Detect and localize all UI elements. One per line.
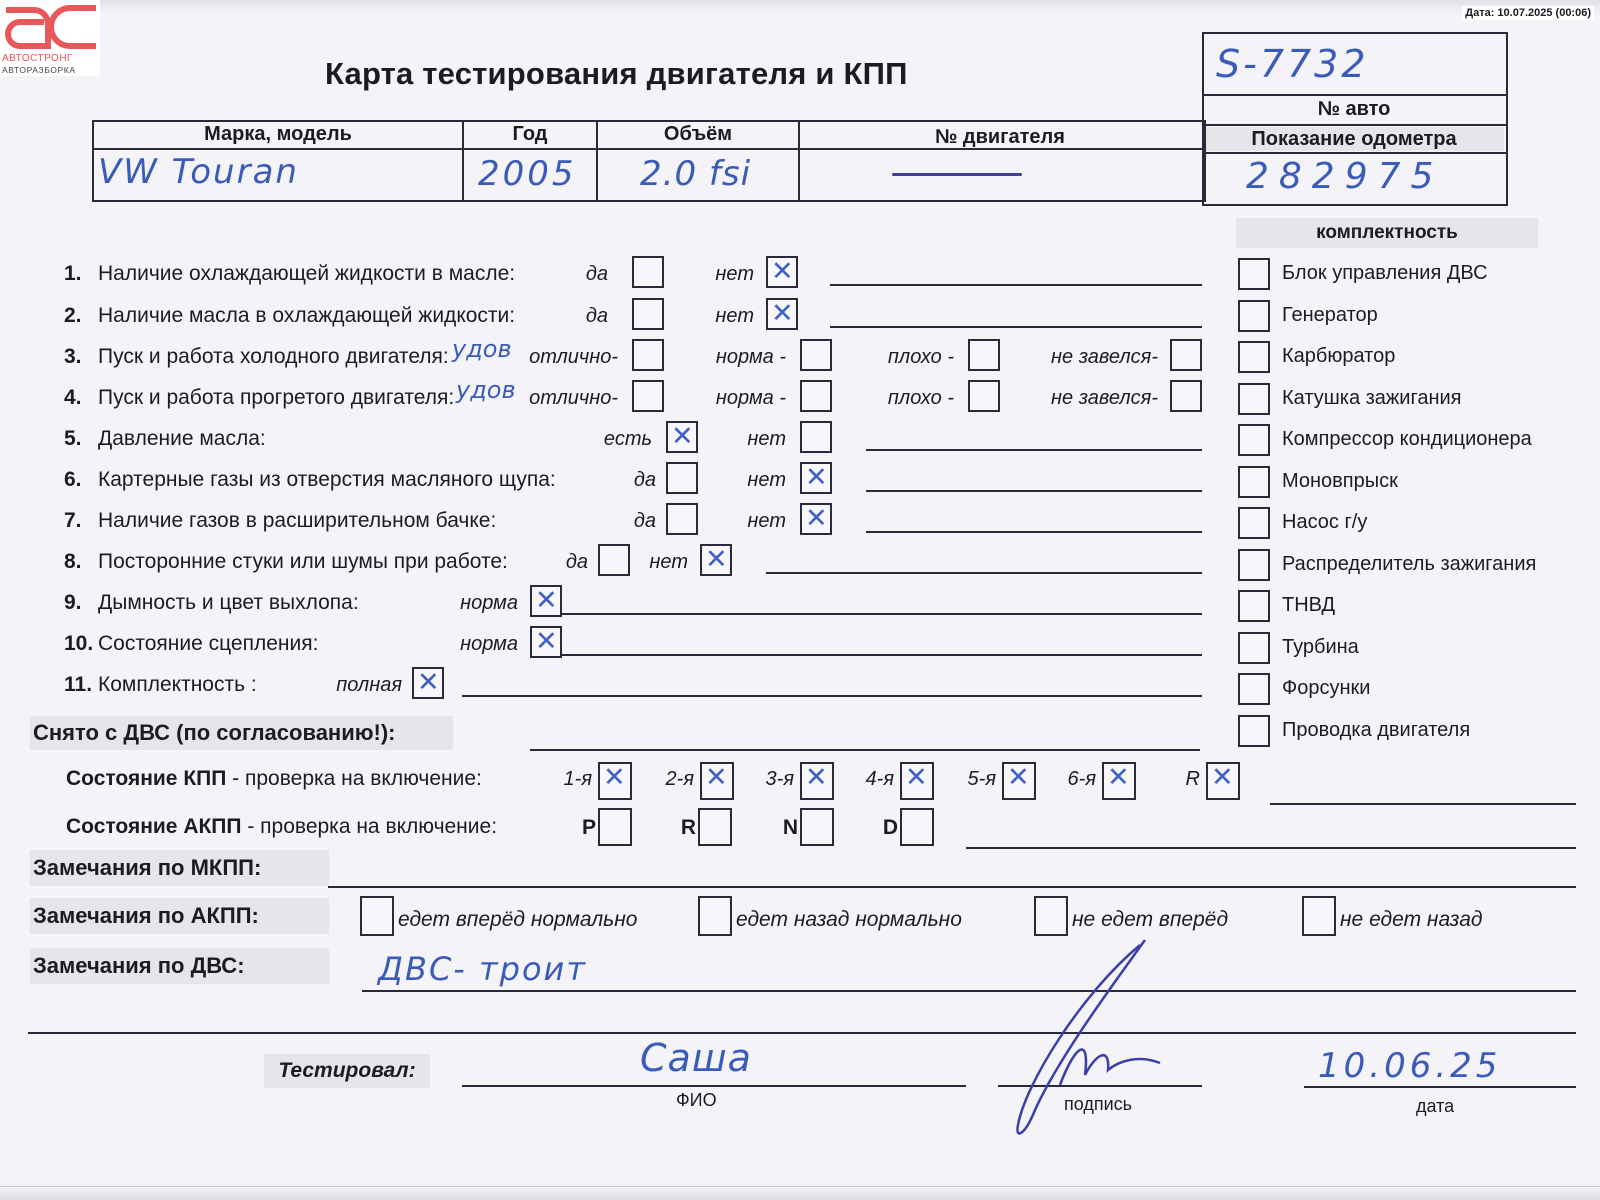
check-number: 3. — [64, 345, 82, 369]
check-option-box[interactable] — [530, 585, 562, 617]
check-option-box[interactable] — [632, 256, 664, 288]
remarks-engine-field-2[interactable] — [28, 1032, 1576, 1034]
remarks-engine-field[interactable] — [362, 990, 1576, 992]
check-option-box[interactable] — [1170, 339, 1202, 371]
check-option-label: нет — [715, 305, 754, 328]
check-number: 1. — [64, 262, 82, 286]
completeness-item-label: Распределитель зажигания — [1282, 553, 1536, 576]
check-notes-field[interactable] — [462, 695, 1202, 697]
check-option-box[interactable] — [1170, 380, 1202, 412]
check-notes-field[interactable] — [866, 531, 1202, 533]
check-label: Наличие охлаждающей жидкости в масле: — [98, 262, 515, 286]
check-label: Наличие газов в расширительном бачке: — [98, 509, 496, 533]
completeness-item-label: Генератор — [1282, 304, 1378, 327]
gear-checkbox[interactable] — [1206, 762, 1240, 800]
check-option-label: норма — [460, 592, 518, 615]
scan-date-stamp: Дата: 10.07.2025 (00:06) — [1462, 6, 1594, 20]
akpp-remark-label: едет вперёд нормально — [398, 908, 637, 932]
completeness-checkbox[interactable] — [1238, 673, 1270, 705]
completeness-checkbox[interactable] — [1238, 507, 1270, 539]
completeness-item-label: Турбина — [1282, 636, 1359, 659]
check-option-label: отлично- — [529, 346, 618, 369]
check-number: 2. — [64, 304, 82, 328]
check-number: 11. — [64, 673, 92, 697]
check-option-box[interactable] — [412, 667, 444, 699]
check-notes-field[interactable] — [562, 654, 1202, 656]
check-option-label: плохо - — [888, 346, 954, 369]
auto-mode-label: R — [681, 816, 696, 840]
gear-label: 3-я — [766, 768, 794, 791]
completeness-checkbox[interactable] — [1238, 590, 1270, 622]
col-engine-number: № двигателя — [800, 126, 1200, 149]
col-year: Год — [464, 123, 596, 146]
completeness-item-label: Проводка двигателя — [1282, 719, 1470, 742]
removed-from-engine-field[interactable] — [530, 749, 1200, 751]
brand-name: АВТОСТРОНГ — [2, 53, 73, 64]
manual-gearbox-notes-field[interactable] — [1270, 803, 1576, 805]
make-model-value[interactable]: VW Touran — [98, 152, 299, 192]
completeness-item-label: Катушка зажигания — [1282, 387, 1462, 410]
remarks-engine-value[interactable]: ДВС- троит — [378, 950, 587, 988]
remarks-manual-field[interactable] — [328, 886, 1576, 888]
check-handwritten-note: удов — [452, 335, 512, 363]
gear-label: 2-я — [666, 768, 694, 791]
check-option-label: нет — [649, 551, 688, 574]
completeness-checkbox[interactable] — [1238, 258, 1270, 290]
check-label: Комплектность : — [98, 673, 257, 697]
paper-edge — [0, 0, 1600, 14]
tester-name-value[interactable]: Саша — [640, 1036, 752, 1080]
auto-mode-checkbox[interactable] — [598, 808, 632, 846]
year-value[interactable]: 2005 — [478, 154, 577, 194]
check-label: Дымность и цвет выхлопа: — [98, 591, 359, 615]
check-notes-field[interactable] — [830, 326, 1202, 328]
completeness-item-label: Насос г/у — [1282, 511, 1367, 534]
check-option-box[interactable] — [800, 503, 832, 535]
check-notes-field[interactable] — [562, 613, 1202, 615]
check-label: Картерные газы из отверстия масляного щу… — [98, 468, 556, 492]
completeness-item-label: Блок управления ДВС — [1282, 262, 1488, 285]
gear-label: 4-я — [866, 768, 894, 791]
check-number: 10. — [64, 632, 93, 656]
completeness-checkbox[interactable] — [1238, 549, 1270, 581]
check-option-label: нет — [747, 469, 786, 492]
akpp-remark-label: не едет вперёд — [1072, 908, 1228, 932]
check-label: Посторонние стуки или шумы при работе: — [98, 550, 508, 574]
check-option-label: не завелся- — [1051, 346, 1158, 369]
check-label: Состояние сцепления: — [98, 632, 318, 656]
gear-checkbox[interactable] — [900, 762, 934, 800]
auto-mode-checkbox[interactable] — [800, 808, 834, 846]
check-option-box[interactable] — [700, 544, 732, 576]
completeness-item-label: Карбюратор — [1282, 345, 1395, 368]
car-number-label: № авто — [1204, 98, 1504, 121]
check-option-box[interactable] — [666, 421, 698, 453]
check-label: Наличие масла в охлаждающей жидкости: — [98, 304, 515, 328]
remarks-engine-label: Замечания по ДВС: — [30, 948, 329, 984]
col-volume: Объём — [598, 123, 798, 146]
check-option-label: да — [634, 469, 656, 492]
gear-checkbox[interactable] — [1002, 762, 1036, 800]
check-option-label: норма - — [716, 387, 786, 410]
check-option-box[interactable] — [800, 421, 832, 453]
akpp-remark-label: не едет назад — [1340, 908, 1482, 932]
check-option-box[interactable] — [800, 380, 832, 412]
akpp-remark-checkbox[interactable] — [698, 896, 732, 936]
completeness-checkbox[interactable] — [1238, 632, 1270, 664]
tester-name-caption: ФИО — [676, 1090, 717, 1111]
auto-mode-checkbox[interactable] — [698, 808, 732, 846]
check-option-label: отлично- — [529, 387, 618, 410]
check-option-label: полная — [336, 674, 402, 697]
check-option-box[interactable] — [800, 339, 832, 371]
ac-logo-icon — [0, 0, 100, 52]
engine-number-value-dash[interactable] — [892, 173, 1022, 176]
check-option-box[interactable] — [766, 298, 798, 330]
check-option-label: нет — [715, 263, 754, 286]
check-option-label: есть — [604, 428, 652, 451]
akpp-remark-label: едет назад нормально — [736, 908, 962, 932]
check-number: 7. — [64, 509, 82, 533]
completeness-checkbox[interactable] — [1238, 383, 1270, 415]
gear-checkbox[interactable] — [598, 762, 632, 800]
check-notes-field[interactable] — [866, 449, 1202, 451]
akpp-remark-checkbox[interactable] — [1302, 896, 1336, 936]
signature-caption: подпись — [1064, 1094, 1132, 1115]
auto-mode-label: D — [883, 816, 898, 840]
completeness-checkbox[interactable] — [1238, 341, 1270, 373]
removed-from-engine-label: Снято с ДВС (по согласованию!): — [30, 716, 453, 750]
check-option-label: норма - — [716, 346, 786, 369]
check-option-box[interactable] — [968, 380, 1000, 412]
paper-edge — [0, 1186, 1600, 1200]
completeness-item-label: Форсунки — [1282, 677, 1370, 700]
check-option-box[interactable] — [766, 256, 798, 288]
completeness-item-label: Компрессор кондиционера — [1282, 428, 1532, 451]
check-option-box[interactable] — [968, 339, 1000, 371]
check-number: 9. — [64, 591, 82, 615]
auto-mode-label: N — [783, 816, 798, 840]
check-option-box[interactable] — [530, 626, 562, 658]
check-handwritten-note: удов — [456, 376, 516, 404]
check-option-box[interactable] — [666, 503, 698, 535]
test-date-field[interactable] — [1304, 1086, 1576, 1088]
test-date-caption: дата — [1416, 1096, 1454, 1117]
check-option-box[interactable] — [632, 298, 664, 330]
check-label: Пуск и работа холодного двигателя: — [98, 345, 449, 369]
check-number: 5. — [64, 427, 82, 451]
check-number: 4. — [64, 386, 82, 410]
check-option-label: да — [634, 510, 656, 533]
volume-value[interactable]: 2.0 fsi — [640, 154, 751, 194]
check-option-label: нет — [747, 510, 786, 533]
completeness-checkbox[interactable] — [1238, 300, 1270, 332]
check-option-label: да — [566, 551, 588, 574]
check-notes-field[interactable] — [866, 490, 1202, 492]
check-label: Давление масла: — [98, 427, 266, 451]
check-option-box[interactable] — [632, 339, 664, 371]
gear-checkbox[interactable] — [700, 762, 734, 800]
test-date-value[interactable]: 10.06.25 — [1318, 1046, 1501, 1086]
check-option-box[interactable] — [632, 380, 664, 412]
check-notes-field[interactable] — [830, 284, 1202, 286]
gear-label: 5-я — [968, 768, 996, 791]
auto-gearbox-notes-field[interactable] — [966, 847, 1576, 849]
gear-checkbox[interactable] — [800, 762, 834, 800]
check-option-label: нет — [747, 428, 786, 451]
tester-name-field[interactable] — [462, 1085, 966, 1087]
check-option-label: плохо - — [888, 387, 954, 410]
check-number: 8. — [64, 550, 82, 574]
gear-checkbox[interactable] — [1102, 762, 1136, 800]
car-number-value[interactable]: S-7732 — [1216, 42, 1369, 86]
odometer-label: Показание одометра — [1204, 127, 1504, 151]
form-title: Карта тестирования двигателя и КПП — [325, 56, 908, 92]
auto-gearbox-label: Состояние АКПП - проверка на включение: — [66, 815, 497, 839]
gear-label: 6-я — [1068, 768, 1096, 791]
akpp-remark-checkbox[interactable] — [1034, 896, 1068, 936]
completeness-title: комплектность — [1236, 218, 1538, 248]
completeness-checkbox[interactable] — [1238, 424, 1270, 456]
completeness-checkbox[interactable] — [1238, 715, 1270, 747]
check-number: 6. — [64, 468, 82, 492]
check-label: Пуск и работа прогретого двигателя: — [98, 386, 454, 410]
gear-label: 1-я — [564, 768, 592, 791]
check-option-label: да — [586, 263, 608, 286]
akpp-remark-checkbox[interactable] — [360, 896, 394, 936]
check-option-label: не завелся- — [1051, 387, 1158, 410]
check-notes-field[interactable] — [766, 572, 1202, 574]
tested-by-label: Тестировал: — [264, 1054, 430, 1088]
col-make-model: Марка, модель — [94, 123, 462, 146]
brand-subtitle: АВТОРАЗБОРКА — [2, 65, 76, 75]
completeness-checkbox[interactable] — [1238, 466, 1270, 498]
odometer-value[interactable]: 282975 — [1246, 156, 1443, 197]
completeness-item-label: ТНВД — [1282, 594, 1335, 617]
auto-mode-label: P — [582, 816, 596, 840]
remarks-manual-label: Замечания по МКПП: — [30, 850, 329, 886]
gear-label: R — [1186, 768, 1200, 791]
auto-mode-checkbox[interactable] — [900, 808, 934, 846]
manual-gearbox-label: Состояние КПП - проверка на включение: — [66, 767, 482, 791]
check-option-box[interactable] — [666, 462, 698, 494]
completeness-item-label: Моновпрыск — [1282, 470, 1398, 493]
check-option-label: норма — [460, 633, 518, 656]
check-option-box[interactable] — [800, 462, 832, 494]
remarks-auto-label: Замечания по АКПП: — [30, 898, 329, 934]
check-option-box[interactable] — [598, 544, 630, 576]
check-option-label: да — [586, 305, 608, 328]
